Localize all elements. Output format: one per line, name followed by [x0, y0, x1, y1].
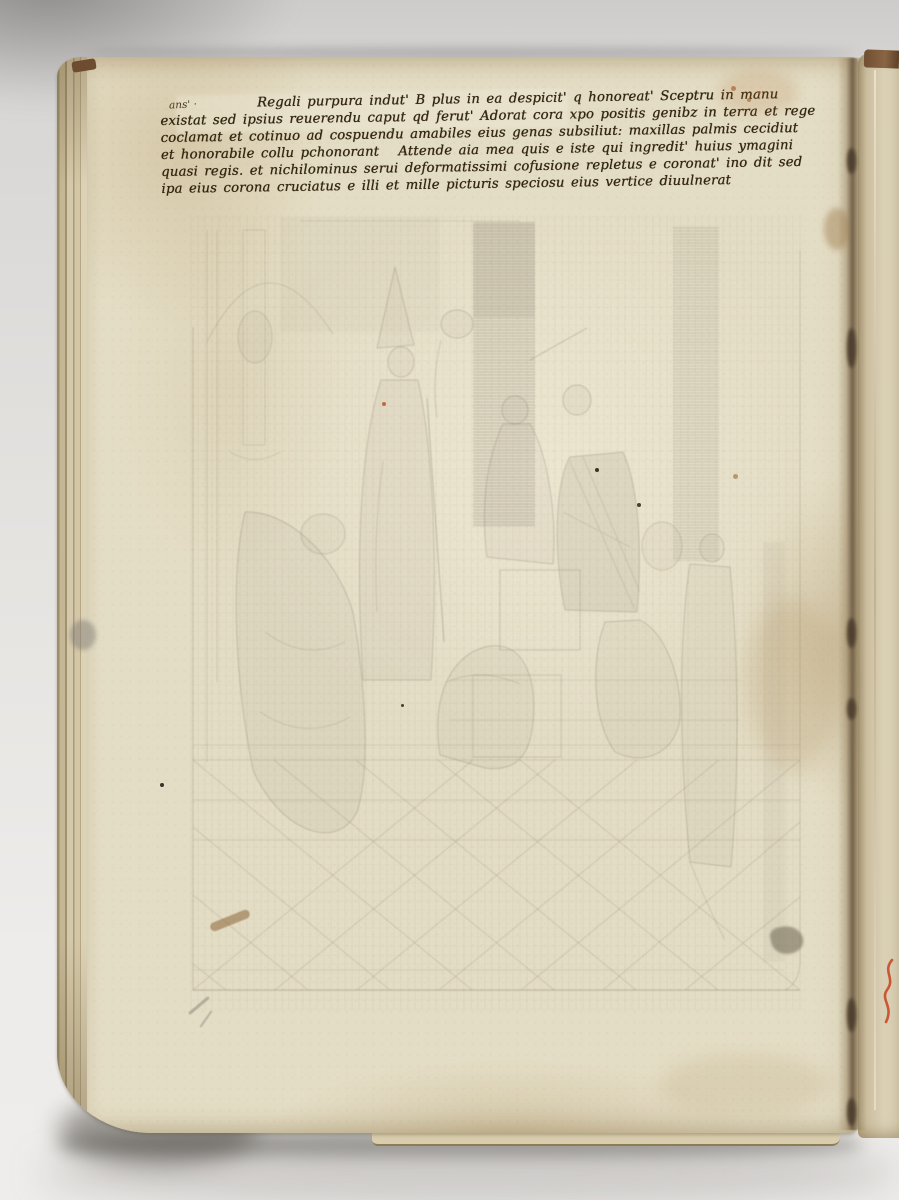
gutter-stain	[847, 998, 856, 1032]
gutter-stain	[847, 698, 856, 720]
ink-speck	[401, 704, 404, 707]
brown-stain	[824, 208, 850, 250]
gutter-stain	[847, 328, 856, 368]
rust-speck	[758, 91, 761, 94]
photograph: ans' · Regali purpura indut' B plus in e…	[0, 0, 899, 1200]
binding-edge	[864, 49, 899, 68]
rust-speck	[731, 86, 736, 91]
gray-smudge	[70, 620, 96, 650]
tan-stain	[660, 1055, 830, 1115]
red-speck	[382, 402, 386, 406]
facing-page-crease	[874, 70, 876, 1110]
rust-speck	[747, 98, 751, 102]
brown-speck	[733, 474, 738, 479]
ink-speck	[160, 783, 164, 787]
ink-speck	[595, 468, 599, 472]
offset-streak-texture	[190, 215, 805, 1010]
tan-stain	[745, 600, 840, 770]
gutter-stain	[847, 618, 856, 648]
red-ink-mark	[879, 958, 899, 1024]
ink-speck	[637, 503, 641, 507]
gutter-stain	[847, 1098, 856, 1126]
gutter-stain	[847, 148, 856, 174]
